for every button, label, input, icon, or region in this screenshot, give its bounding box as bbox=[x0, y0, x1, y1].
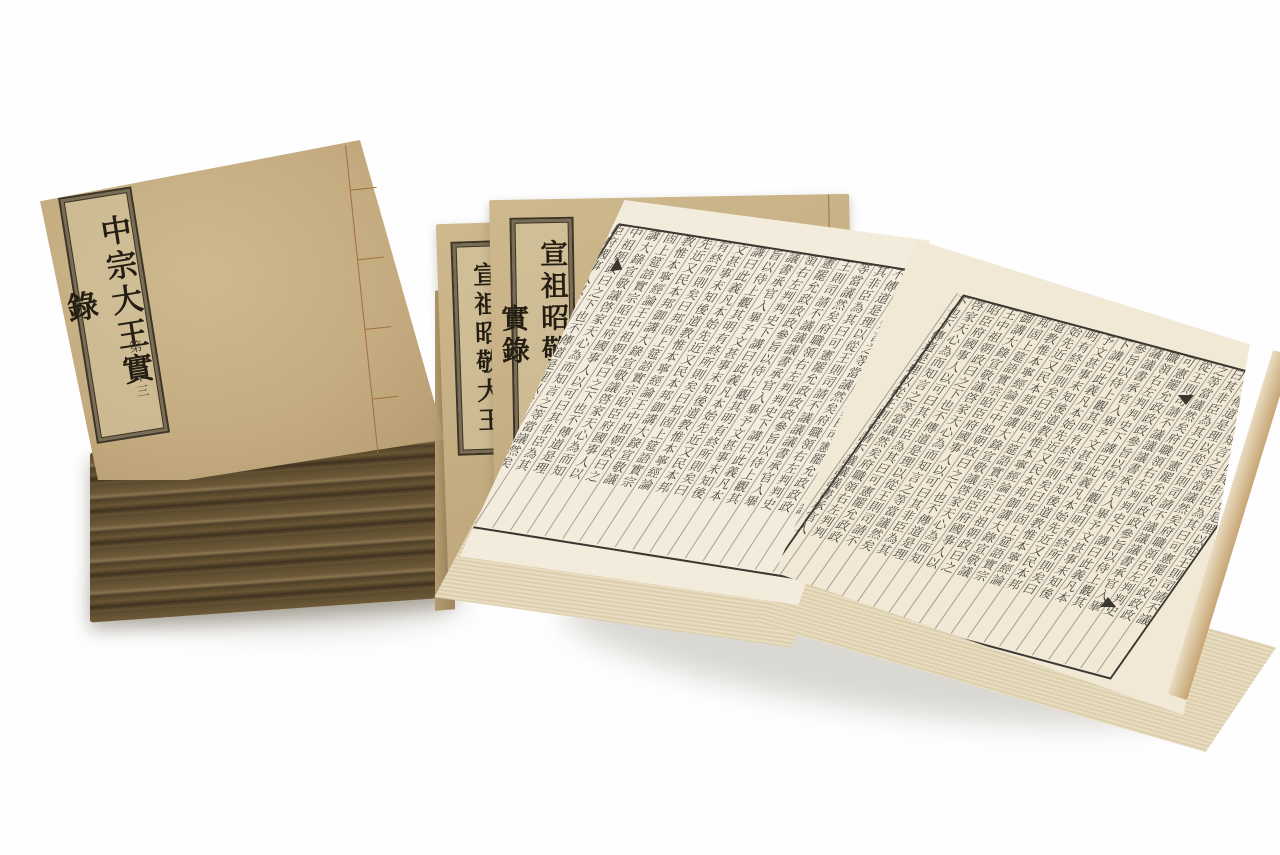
photo-scene: 中宗大王實錄 第二十三 宣祖昭敬大王 宣祖昭敬大王實錄 上筵語實宗昭臣府國事人以… bbox=[0, 0, 1280, 855]
stacked-closed-book: 中宗大王實錄 第二十三 bbox=[40, 140, 460, 620]
open-book: 上筵語實宗昭臣府國事人以可曰其非臣為其曰大錄宣敬議啓家天心為而知言之等當議然矣府… bbox=[450, 195, 1250, 715]
